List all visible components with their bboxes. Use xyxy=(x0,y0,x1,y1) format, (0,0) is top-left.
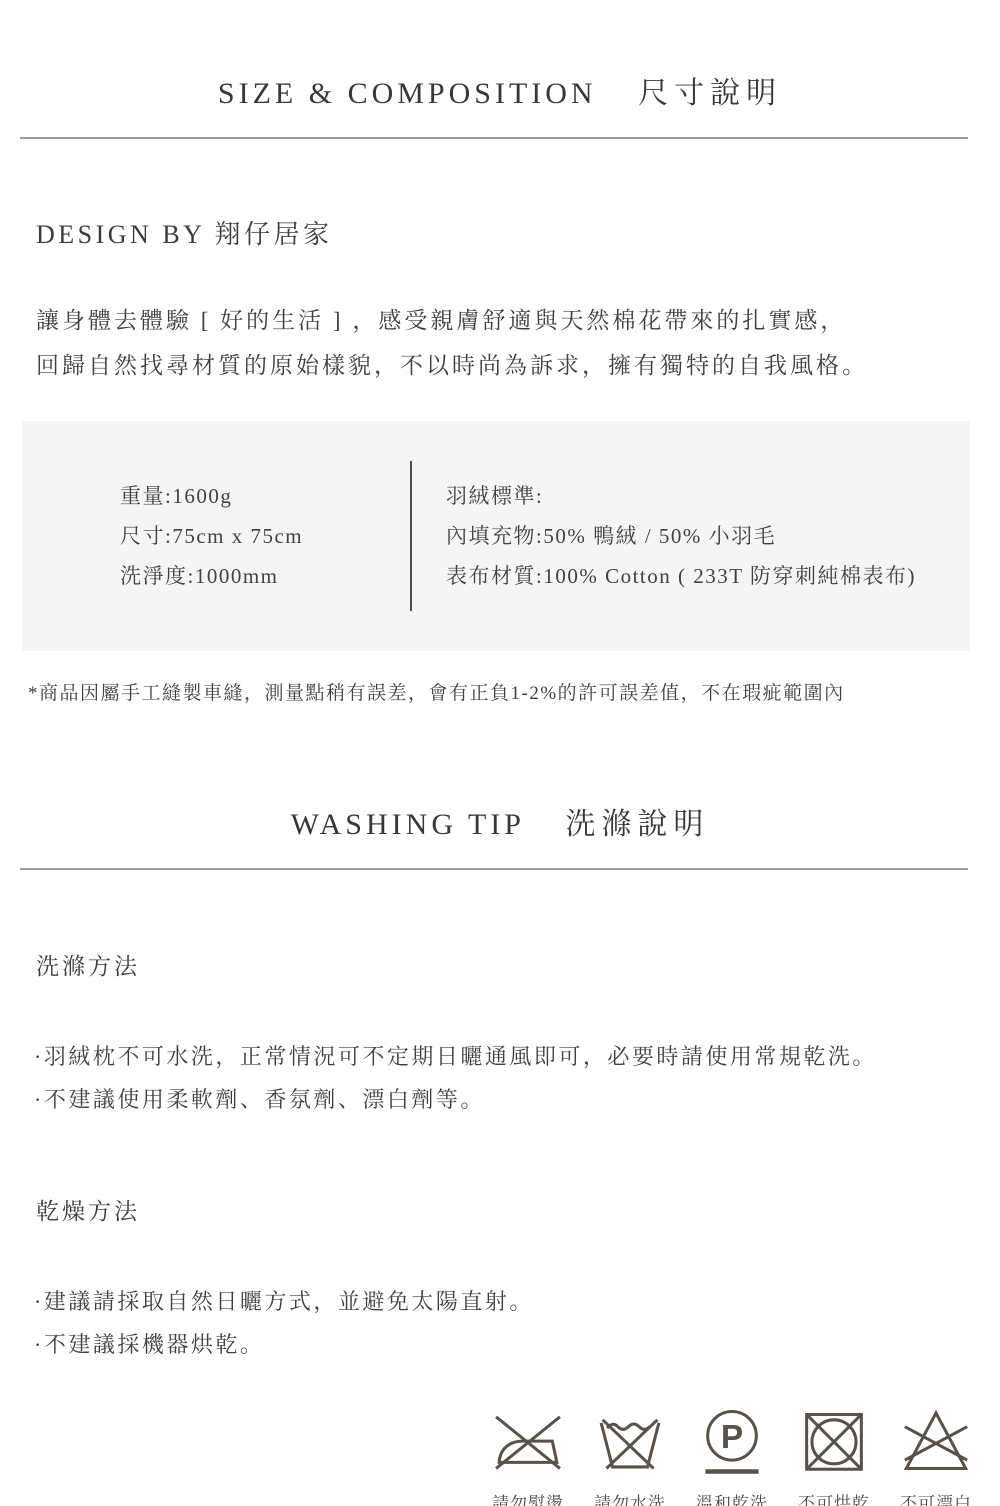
spec-right-column: 羽絨標準: 內填充物:50% 鴨絨 / 50% 小羽毛 表布材質:100% Co… xyxy=(412,476,916,596)
dry-method-heading: 乾燥方法 xyxy=(36,1193,1000,1226)
care-icon-label: 溫和乾洗 xyxy=(696,1489,768,1506)
size-title-zh: 尺寸說明 xyxy=(638,77,782,110)
care-icon-label: 不可烘乾 xyxy=(798,1489,870,1506)
dry-clean-letter: P xyxy=(721,1419,743,1456)
care-icon-gentle-dry-clean: P 溫和乾洗 xyxy=(689,1403,775,1506)
dry-method-list: ·建議請採取自然日曬方式，並避免太陽直射。 ·不建議採機器烘乾。 xyxy=(34,1280,1000,1366)
wash-method-list: ·羽絨枕不可水洗，正常情況可不定期日曬通風即可，必要時請使用常規乾洗。 ·不建議… xyxy=(34,1035,1000,1121)
dry-method-item-1: ·建議請採取自然日曬方式，並避免太陽直射。 xyxy=(34,1280,1000,1323)
tolerance-footnote: *商品因屬手工縫製車縫，測量點稍有誤差，會有正負1-2%的許可誤差值，不在瑕疵範… xyxy=(28,678,1000,705)
wash-method-item-1: ·羽絨枕不可水洗，正常情況可不定期日曬通風即可，必要時請使用常規乾洗。 xyxy=(34,1035,1000,1078)
spec-size: 尺寸:75cm x 75cm xyxy=(120,516,410,556)
gentle-dry-clean-icon: P xyxy=(694,1403,770,1483)
size-title-en: SIZE & COMPOSITION xyxy=(218,77,597,110)
intro-line-1: 讓身體去體驗 [ 好的生活 ] ，感受親膚舒適與天然棉花帶來的扎實感， xyxy=(36,298,1000,343)
spec-fabric: 表布材質:100% Cotton ( 233T 防穿刺純棉表布) xyxy=(446,556,916,596)
size-section-divider-line xyxy=(20,137,968,139)
care-icon-do-not-wash: 請勿水洗 xyxy=(587,1403,673,1506)
do-not-wash-icon xyxy=(592,1403,668,1483)
product-info-page: SIZE & COMPOSITION 尺寸說明 DESIGN BY 翔仔居家 讓… xyxy=(0,0,1000,1506)
intro-paragraph: 讓身體去體驗 [ 好的生活 ] ，感受親膚舒適與天然棉花帶來的扎實感， 回歸自然… xyxy=(36,298,1000,388)
design-by-line: DESIGN BY 翔仔居家 xyxy=(36,214,1000,251)
spec-box: 重量:1600g 尺寸:75cm x 75cm 洗淨度:1000mm 羽絨標準:… xyxy=(22,421,970,651)
size-composition-section: SIZE & COMPOSITION 尺寸說明 DESIGN BY 翔仔居家 讓… xyxy=(0,0,1000,705)
wash-method-heading: 洗滌方法 xyxy=(36,948,1000,981)
washing-section-title: WASHING TIP 洗滌說明 xyxy=(0,705,1000,841)
dry-method-item-2: ·不建議採機器烘乾。 xyxy=(34,1323,1000,1366)
size-section-title: SIZE & COMPOSITION 尺寸說明 xyxy=(0,0,1000,110)
do-not-iron-icon xyxy=(490,1403,566,1483)
care-icon-do-not-iron: 請勿熨燙 xyxy=(485,1403,571,1506)
spec-filling: 內填充物:50% 鴨絨 / 50% 小羽毛 xyxy=(446,516,916,556)
care-icons-row: 請勿熨燙 請勿水洗 P 溫和乾洗 xyxy=(0,1403,979,1506)
spec-left-column: 重量:1600g 尺寸:75cm x 75cm 洗淨度:1000mm xyxy=(22,476,410,596)
do-not-bleach-icon xyxy=(898,1403,974,1483)
care-icon-label: 請勿水洗 xyxy=(594,1489,666,1506)
washing-tip-section: WASHING TIP 洗滌說明 洗滌方法 ·羽絨枕不可水洗，正常情況可不定期日… xyxy=(0,705,1000,1506)
care-icon-do-not-bleach: 不可漂白 xyxy=(893,1403,979,1506)
spec-weight: 重量:1600g xyxy=(120,476,410,516)
care-icon-label: 請勿熨燙 xyxy=(492,1489,564,1506)
wash-method-item-2: ·不建議使用柔軟劑、香氛劑、漂白劑等。 xyxy=(34,1078,1000,1121)
care-icon-label: 不可漂白 xyxy=(900,1489,972,1506)
do-not-tumble-dry-icon xyxy=(796,1403,872,1483)
washing-title-en: WASHING TIP xyxy=(291,808,524,841)
spec-down-standard: 羽絨標準: xyxy=(446,476,916,516)
washing-title-zh: 洗滌說明 xyxy=(565,808,709,841)
spec-wash-rating: 洗淨度:1000mm xyxy=(120,556,410,596)
intro-line-2: 回歸自然找尋材質的原始樣貌，不以時尚為訴求，擁有獨特的自我風格。 xyxy=(36,343,1000,388)
washing-section-divider-line xyxy=(20,868,968,870)
care-icon-do-not-tumble-dry: 不可烘乾 xyxy=(791,1403,877,1506)
